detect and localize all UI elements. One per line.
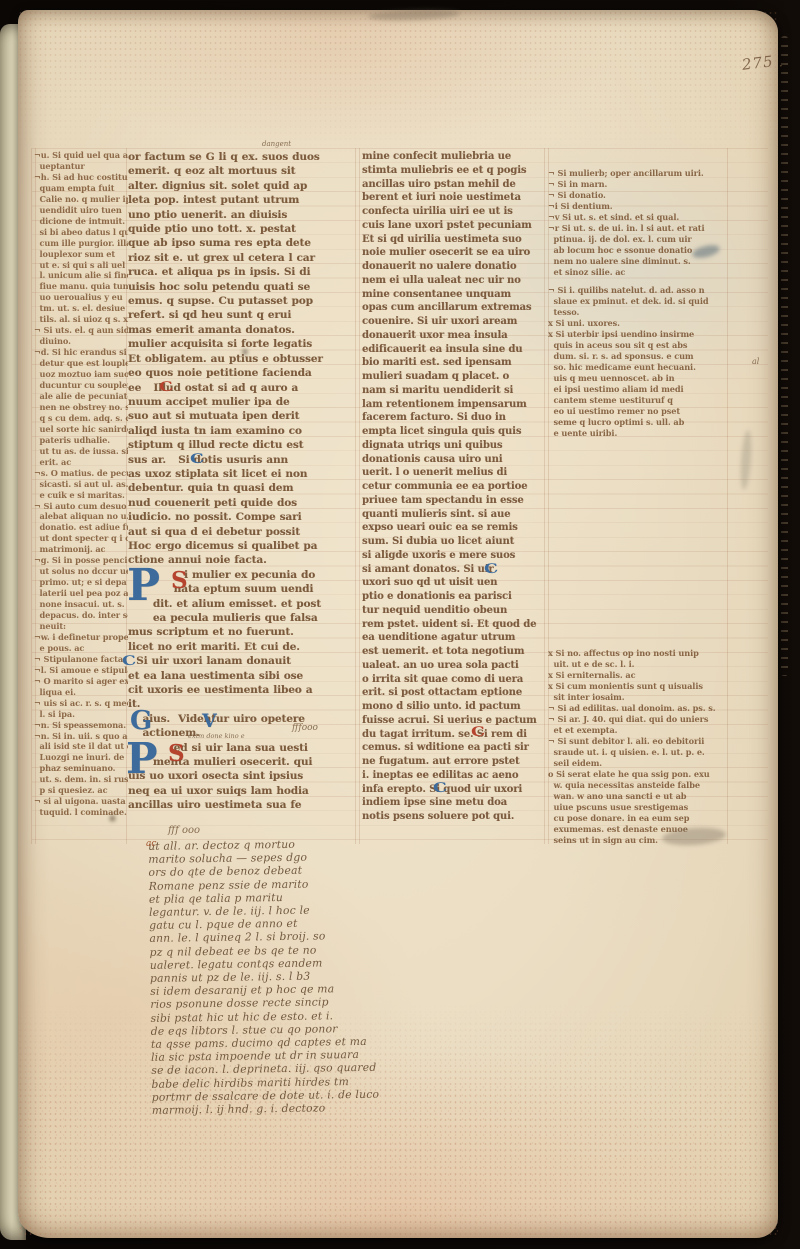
- gloss-line: ¬ Si mulierb; oper ancillarum uiri.: [548, 168, 716, 179]
- gloss-line: none insacui. ut. s.: [34, 599, 128, 610]
- text-line: stimta muliebris ee et q pogis: [362, 164, 546, 178]
- S-initial: S: [168, 742, 185, 765]
- text-line: sus ar. Si dotis usuris ann: [128, 453, 358, 467]
- gloss-line: x Si uni. uxores.: [548, 318, 716, 329]
- gloss-line: ueptantur: [34, 161, 128, 172]
- gloss-line: x Si uterbir ipsi uendino insirme: [548, 329, 716, 340]
- text-line: mas emerit amanta donatos.: [128, 323, 358, 337]
- paraph-mark: C: [470, 725, 486, 739]
- gloss-line: x Si erniternalis. ac: [548, 670, 718, 681]
- text-line: iudicio. no possit. Compe sari: [128, 510, 358, 524]
- gloss-line: et et exempta.: [548, 725, 718, 736]
- text-line: indiem ipse sine metu doa: [362, 796, 546, 810]
- stain: [243, 350, 247, 354]
- gloss-line: w. quia necessitas ansteide falbe: [548, 780, 718, 791]
- text-line: donauerit no ualere donatio: [362, 260, 546, 274]
- text-line: rioz sit e. ut grex ul cetera l car: [128, 251, 358, 265]
- text-line: Et si qd uirilia uestimeta suo: [362, 233, 546, 247]
- text-line: ea uenditione agatur utrum: [362, 631, 546, 645]
- gloss-line: ¬n. Si in. uii. s quo ad hur: [34, 731, 128, 742]
- right-margin-gloss-b: ¬ Si i. quilibs natelut. d. ad. asso n s…: [548, 285, 716, 441]
- gloss-line: nem no ualere sine diminut. s.: [548, 256, 716, 267]
- text-line: aius. Videntur uiro opetere: [128, 712, 358, 726]
- gloss-line: erit. ac: [34, 457, 128, 468]
- text-line: cemus. si wditione ea pacti sir: [362, 741, 546, 755]
- gloss-line: dum. si. r. s. ad sponsus. e cum: [548, 351, 716, 362]
- text-line: nem ei ulla ualeat nec uir no: [362, 274, 546, 288]
- text-line: ancillas uiro uestimeta sua fe: [128, 798, 358, 812]
- gloss-line: ptinua. ij. de dol. ex. l. cum uir: [548, 234, 716, 245]
- text-line: tur nequid uenditio obeun: [362, 604, 546, 618]
- gloss-line: ut tu as. de iussa. siu: [34, 446, 128, 457]
- text-line: emerit. q eoz alt mortuus sit: [128, 164, 358, 178]
- text-line: it.: [128, 697, 358, 711]
- text-line: notis psens soluere pot qui.: [362, 810, 546, 824]
- gloss-line: p si quesiez. ac: [34, 785, 128, 796]
- text-line: stiptum q illud recte dictu est: [128, 438, 358, 452]
- gloss-line: tm. ut. s. el. desiue: [34, 303, 128, 314]
- gloss-line: Calie no. q mulier ipa: [34, 194, 128, 205]
- text-line: ne fugatum. aut errore pstet: [362, 755, 546, 769]
- gloss-line: diuino.: [34, 336, 128, 347]
- gloss-line: alebat aliquan no u.: [34, 511, 128, 522]
- gloss-line: ¬ uis si ac. r. s. q mec: [34, 698, 128, 709]
- gloss-line: et sinoz silie. ac: [548, 267, 716, 278]
- right-margin-gloss-a: ¬ Si mulierb; oper ancillarum uiri.¬ Si …: [548, 168, 716, 280]
- gloss-line: uendidit uiro tuen: [34, 205, 128, 216]
- text-line: couenire. Si uir uxori aream: [362, 315, 546, 329]
- text-line: berent et iuri noie uestimeta: [362, 191, 546, 205]
- gloss-line: sicasti. si aut ul. as. e.: [34, 479, 128, 490]
- text-line: or factum se G li q ex. suos duos: [128, 150, 358, 164]
- gloss-line: phaz seminuano.: [34, 763, 128, 774]
- gloss-line: uiue pscuns usue srestigemas: [548, 802, 718, 813]
- text-line: Si uir uxori lanam donauit: [128, 654, 358, 668]
- gloss-line: sit inter iosaim.: [548, 692, 718, 703]
- gloss-line: ¬ Si i. quilibs natelut. d. ad. asso n: [548, 285, 716, 296]
- margin-note: al: [752, 358, 759, 366]
- margin-note: extm done kino e: [188, 733, 245, 740]
- text-line: cit uxoris ee uestimenta libeo a: [128, 683, 358, 697]
- gloss-line: ¬ Si sunt debitor l. ali. eo debitorii: [548, 736, 718, 747]
- gloss-line: fiue manu. quia tunc: [34, 281, 128, 292]
- text-line: nata eptum suum uendi: [128, 582, 358, 596]
- gloss-line: primo. ut; e si depa: [34, 577, 128, 588]
- gloss-line: quis in aceus sou sit q est abs: [548, 340, 716, 351]
- gloss-line: x Si cum monientis sunt q uisualis: [548, 681, 718, 692]
- text-line: empta licet singula quis quis: [362, 425, 546, 439]
- text-line: fuisse acrui. Si uerius e pactum: [362, 714, 546, 728]
- gloss-line: ¬ Si ad edilitas. ual donoim. as. ps. s.: [548, 703, 718, 714]
- paraph-mark: C: [432, 781, 448, 795]
- page-stack-edges: [781, 36, 788, 676]
- text-line: licet no erit mariti. Et cui de.: [128, 640, 358, 654]
- gloss-line: q s cu dem. adq. s. q.: [34, 413, 128, 424]
- gloss-line: ut solus no dccur ue: [34, 566, 128, 577]
- gloss-line: wan. w ano una sancti e ut ab: [548, 791, 718, 802]
- gloss-line: ducuntur cu souplen de: [34, 380, 128, 391]
- gloss-line: e cuik e si maritas.: [34, 490, 128, 501]
- gloss-line: pateris udhalie.: [34, 435, 128, 446]
- gloss-line: ¬ Si ar. J. 40. qui diat. qui do uniers: [548, 714, 718, 725]
- text-line: quanti mulieris sint. si aue: [362, 508, 546, 522]
- gloss-line: uel sorte hic sanirdo: [34, 424, 128, 435]
- gloss-line: ¬ O marito si ager ex a: [34, 676, 128, 687]
- gloss-line: ¬w. i definetur propet: [34, 632, 128, 643]
- text-line: mine consentanee unquam: [362, 288, 546, 302]
- text-line: ualeat. an uo urea sola pacti: [362, 659, 546, 673]
- gloss-line: l. unicum alie si fine: [34, 270, 128, 281]
- gloss-line: eo ui uestimo remer no pset: [548, 406, 716, 417]
- text-line: expso ueari ouic ea se remis: [362, 521, 546, 535]
- text-line: edificauerit ea insula sine du: [362, 343, 546, 357]
- gloss-line: ¬h. Si ad huc costitum si: [34, 172, 128, 183]
- gloss-line: ¬r Si ut. s. de ui. in. l si aut. et rat…: [548, 223, 716, 234]
- text-line: nuum accipet mulier ipa de: [128, 395, 358, 409]
- text-line: bio mariti est. sed ipensam: [362, 356, 546, 370]
- P-initial: P: [126, 738, 158, 780]
- text-line: emus. q supse. Cu putasset pop: [128, 294, 358, 308]
- gloss-line: ¬g. Si in posse penci nati: [34, 555, 128, 566]
- cursive-annotation: ut all. ar. dectoz q mortuomarito soluch…: [148, 836, 420, 1120]
- left-margin-gloss: ¬u. Si quid uel qua anil ueptantur¬h. Si…: [34, 150, 128, 818]
- text-line: confecta uirilia uiri ee ut is: [362, 205, 546, 219]
- text-line: lam retentionem impensarum: [362, 398, 546, 412]
- text-line: neq ea ui uxor suiqs lam hodia: [128, 784, 358, 798]
- gloss-line: o Si serat elate he qua ssig pon. exu: [548, 769, 718, 780]
- text-line: donauerit uxor mea insula: [362, 329, 546, 343]
- text-line: uis uo uxori osecta sint ipsius: [128, 769, 358, 783]
- paraph-mark: C: [483, 562, 499, 576]
- G-initial: G: [130, 708, 152, 734]
- gloss-line: ¬i Si dentium.: [548, 201, 716, 212]
- text-line: aut si qua d ei debetur possit: [128, 525, 358, 539]
- gloss-line: ali isid ste il dat ut e: [34, 741, 128, 752]
- text-line: aliqd iusta tn iam examino co: [128, 424, 358, 438]
- text-line: nud couenerit peti quide dos: [128, 496, 358, 510]
- text-line: ea pecula mulieris que falsa: [128, 611, 358, 625]
- gloss-line: cantem steme uestituruf q: [548, 395, 716, 406]
- gloss-line: matrimonij. ac: [34, 544, 128, 555]
- gloss-line: uo ueroualius y eu: [34, 292, 128, 303]
- gloss-line: ei ipsi uestimo aliam id medi: [548, 384, 716, 395]
- text-line: cuis lane uxori pstet pecuniam: [362, 219, 546, 233]
- gloss-line: ut dont specter q i odie: [34, 533, 128, 544]
- text-line: priuee tam spectandu in esse: [362, 494, 546, 508]
- text-line: uno ptio uenerit. an diuisis: [128, 208, 358, 222]
- gloss-line: nen ne obstrey no. s.: [34, 402, 128, 413]
- gloss-line: laterii uel pea poz ac: [34, 588, 128, 599]
- text-line: du tagat irritum. se. Si rem di: [362, 728, 546, 742]
- text-line: mus scriptum et no fuerunt.: [128, 625, 358, 639]
- paraph-mark: C: [121, 654, 137, 668]
- text-line: ptio e donationis ea parisci: [362, 590, 546, 604]
- paraph-mark: C: [158, 380, 174, 394]
- gloss-line: ut. s. dem. in. si rus.: [34, 774, 128, 785]
- gloss-line: cu pose donare. in ea eum sep: [548, 813, 718, 824]
- gloss-line: ¬l. Si amoue e stipulari.: [34, 665, 128, 676]
- text-line: uxori suo qd ut uisit uen: [362, 576, 546, 590]
- margin-note: ·: [779, 60, 783, 72]
- gloss-line: ut e. si qui s ali uel s: [34, 260, 128, 271]
- paraph-mark: C: [189, 452, 205, 466]
- S-initial: S: [171, 569, 188, 592]
- text-line: i. ineptas ee edilitas ac aeno: [362, 769, 546, 783]
- text-line: eo quos noie petitione facienda: [128, 366, 358, 380]
- gloss-line: uoz moztuo iam suo: [34, 369, 128, 380]
- gloss-line: x Si no. affectus op ino nosti unip: [548, 648, 718, 659]
- margin-note: fffooo: [292, 724, 318, 733]
- gloss-line: uis q meu uennoscet. ab in: [548, 373, 716, 384]
- ruling-line-vertical: [359, 148, 360, 844]
- text-line: uerit. l o uenerit melius di: [362, 466, 546, 480]
- text-line: et ea lana uestimenta sibi ose: [128, 669, 358, 683]
- text-line: nam si maritu uendiderit si: [362, 384, 546, 398]
- text-line: erit. si post ottactam eptione: [362, 686, 546, 700]
- gloss-line: donatio. est adiue fue: [34, 522, 128, 533]
- gloss-line: e uente uiribi.: [548, 428, 716, 439]
- text-line: opas cum ancillarum extremas: [362, 301, 546, 315]
- text-line: leta pop. intest putant utrum: [128, 193, 358, 207]
- text-line: que ab ipso suma res epta dete: [128, 236, 358, 250]
- gloss-line: neuit:: [34, 621, 128, 632]
- gloss-line: si bi abeo datus l quia: [34, 227, 128, 238]
- gloss-line: quam empta fuit: [34, 183, 128, 194]
- text-line: Et obligatem. au ptius e obtusser: [128, 352, 358, 366]
- gloss-line: cum ille purgior. illa: [34, 238, 128, 249]
- text-line: refert. si qd heu sunt q erui: [128, 308, 358, 322]
- gloss-line: seme q lucro optimi s. ull. ab: [548, 417, 716, 428]
- text-line: uisis hoc solu petendu quati se: [128, 280, 358, 294]
- gloss-line: so. hic medicame eunt hecuani.: [548, 362, 716, 373]
- gloss-line: uit. ut e de sc. l. i.: [548, 659, 718, 670]
- ruling-line-vertical: [727, 148, 728, 844]
- gloss-line: l. si ipa.: [34, 709, 128, 720]
- parchment-speckle-top: [18, 10, 778, 160]
- gloss-line: e pous. ac: [34, 643, 128, 654]
- gloss-line: ¬ Si donatio.: [548, 190, 716, 201]
- text-line: infa erepto. Si quod uir uxori: [362, 783, 546, 797]
- gloss-line: ¬ Si uts. el. q aun sidet: [34, 325, 128, 336]
- margin-note: ac: [146, 840, 156, 849]
- text-line: debentur. quia tn quasi dem: [128, 481, 358, 495]
- ruling-line-vertical: [31, 148, 32, 844]
- gloss-line: ale alie de pecuniate: [34, 391, 128, 402]
- text-line: donationis causa uiro uni: [362, 453, 546, 467]
- gloss-line: ¬ si al uigona. uasta: [34, 796, 128, 807]
- text-line: si amant donatos. Si uir: [362, 563, 546, 577]
- gloss-line: louplexor sum et: [34, 249, 128, 260]
- text-line: Hoc ergo dicemus si qualibet pa: [128, 539, 358, 553]
- gloss-line: ¬n. Si speassemona. ac: [34, 720, 128, 731]
- gloss-line: tesso.: [548, 307, 716, 318]
- stain: [110, 816, 115, 821]
- text-line: ctione annui noie facta.: [128, 553, 358, 567]
- gloss-line: tils. al. si uioz q s. x.: [34, 314, 128, 325]
- right-margin-gloss-c: x Si no. affectus op ino nosti unip uit.…: [548, 648, 718, 848]
- text-line: si aligde uxoris e mere suos: [362, 549, 546, 563]
- gloss-line: ¬ Si in marn.: [548, 179, 716, 190]
- text-line: cetur communia ee ea portioe: [362, 480, 546, 494]
- text-line: dit. et alium emisset. et post: [128, 597, 358, 611]
- text-line: as uxoz stiplata sit licet ei non: [128, 467, 358, 481]
- V-initial: V: [202, 712, 217, 731]
- gloss-line: liqua ei.: [34, 687, 128, 698]
- gloss-line: Luozgi ne inuri. de: [34, 752, 128, 763]
- text-line: alter. dignius sit. solet quid ap: [128, 179, 358, 193]
- gloss-line: ¬u. Si quid uel qua anil: [34, 150, 128, 161]
- manuscript-photo: 275 ¬u. Si quid uel qua anil ueptantur¬h…: [0, 0, 800, 1249]
- text-line: rem pstet. uident si. Et quod de: [362, 618, 546, 632]
- gloss-line: ¬ Si auto cum desuo se: [34, 501, 128, 512]
- text-column-2: mine confecit muliebria uestimta muliebr…: [362, 150, 546, 826]
- gloss-line: depacus. do. inter so: [34, 610, 128, 621]
- text-line: i mulier ex pecunia do: [128, 568, 358, 582]
- margin-note: dangent: [262, 141, 291, 148]
- margin-note: fff ooo: [168, 826, 200, 836]
- gloss-line: sraude ut. i. q uisien. e. l. ut. p. e.: [548, 747, 718, 758]
- text-line: ruca. et aliqua ps in ipsis. Si di: [128, 265, 358, 279]
- gloss-line: ¬ Stipulanone facta.: [34, 654, 128, 665]
- P-initial: P: [127, 564, 160, 608]
- gloss-line: dicione de intmuit.: [34, 216, 128, 227]
- text-line: sum. Si dubia uo licet aiunt: [362, 535, 546, 549]
- folio-number: 275: [741, 54, 774, 73]
- gloss-line: ab locum hoc e ssonue donatio: [548, 245, 716, 256]
- text-line: mine confecit muliebria ue: [362, 150, 546, 164]
- text-line: facerem facturo. Si duo in: [362, 411, 546, 425]
- text-line: dignata utriqs uni quibus: [362, 439, 546, 453]
- cursive-line: marmoij. l. ij hnd. g. i. dectozo: [152, 1100, 420, 1117]
- gloss-line: ¬s. O matius. de pecunia: [34, 468, 128, 479]
- gloss-line: seil eidem.: [548, 758, 718, 769]
- gloss-line: slaue ex pminut. et dek. id. si quid: [548, 296, 716, 307]
- text-line: ed si uir lana sua uesti: [128, 741, 358, 755]
- text-line: o irrita sit quae como di uera: [362, 673, 546, 687]
- gloss-line: ¬v Si ut. s. et sind. et si qual.: [548, 212, 716, 223]
- gloss-line: detur que est louple: [34, 358, 128, 369]
- text-line: suo aut si mutuata ipen derit: [128, 409, 358, 423]
- text-column-1: or factum se G li q ex. suos duosemerit.…: [128, 150, 358, 814]
- text-line: quide ptio uno tott. x. pestat: [128, 222, 358, 236]
- text-line: ancillas uiro pstan mehil de: [362, 178, 546, 192]
- text-line: menta mulieri osecerit. qui: [128, 755, 358, 769]
- text-line: est uemerit. et tota negotium: [362, 645, 546, 659]
- text-line: noie mulier osecerit se ea uiro: [362, 246, 546, 260]
- text-line: mono d silio unto. id pactum: [362, 700, 546, 714]
- text-line: mulieri suadam q placet. o: [362, 370, 546, 384]
- gloss-line: ¬d. Si hic erandus si diui: [34, 347, 128, 358]
